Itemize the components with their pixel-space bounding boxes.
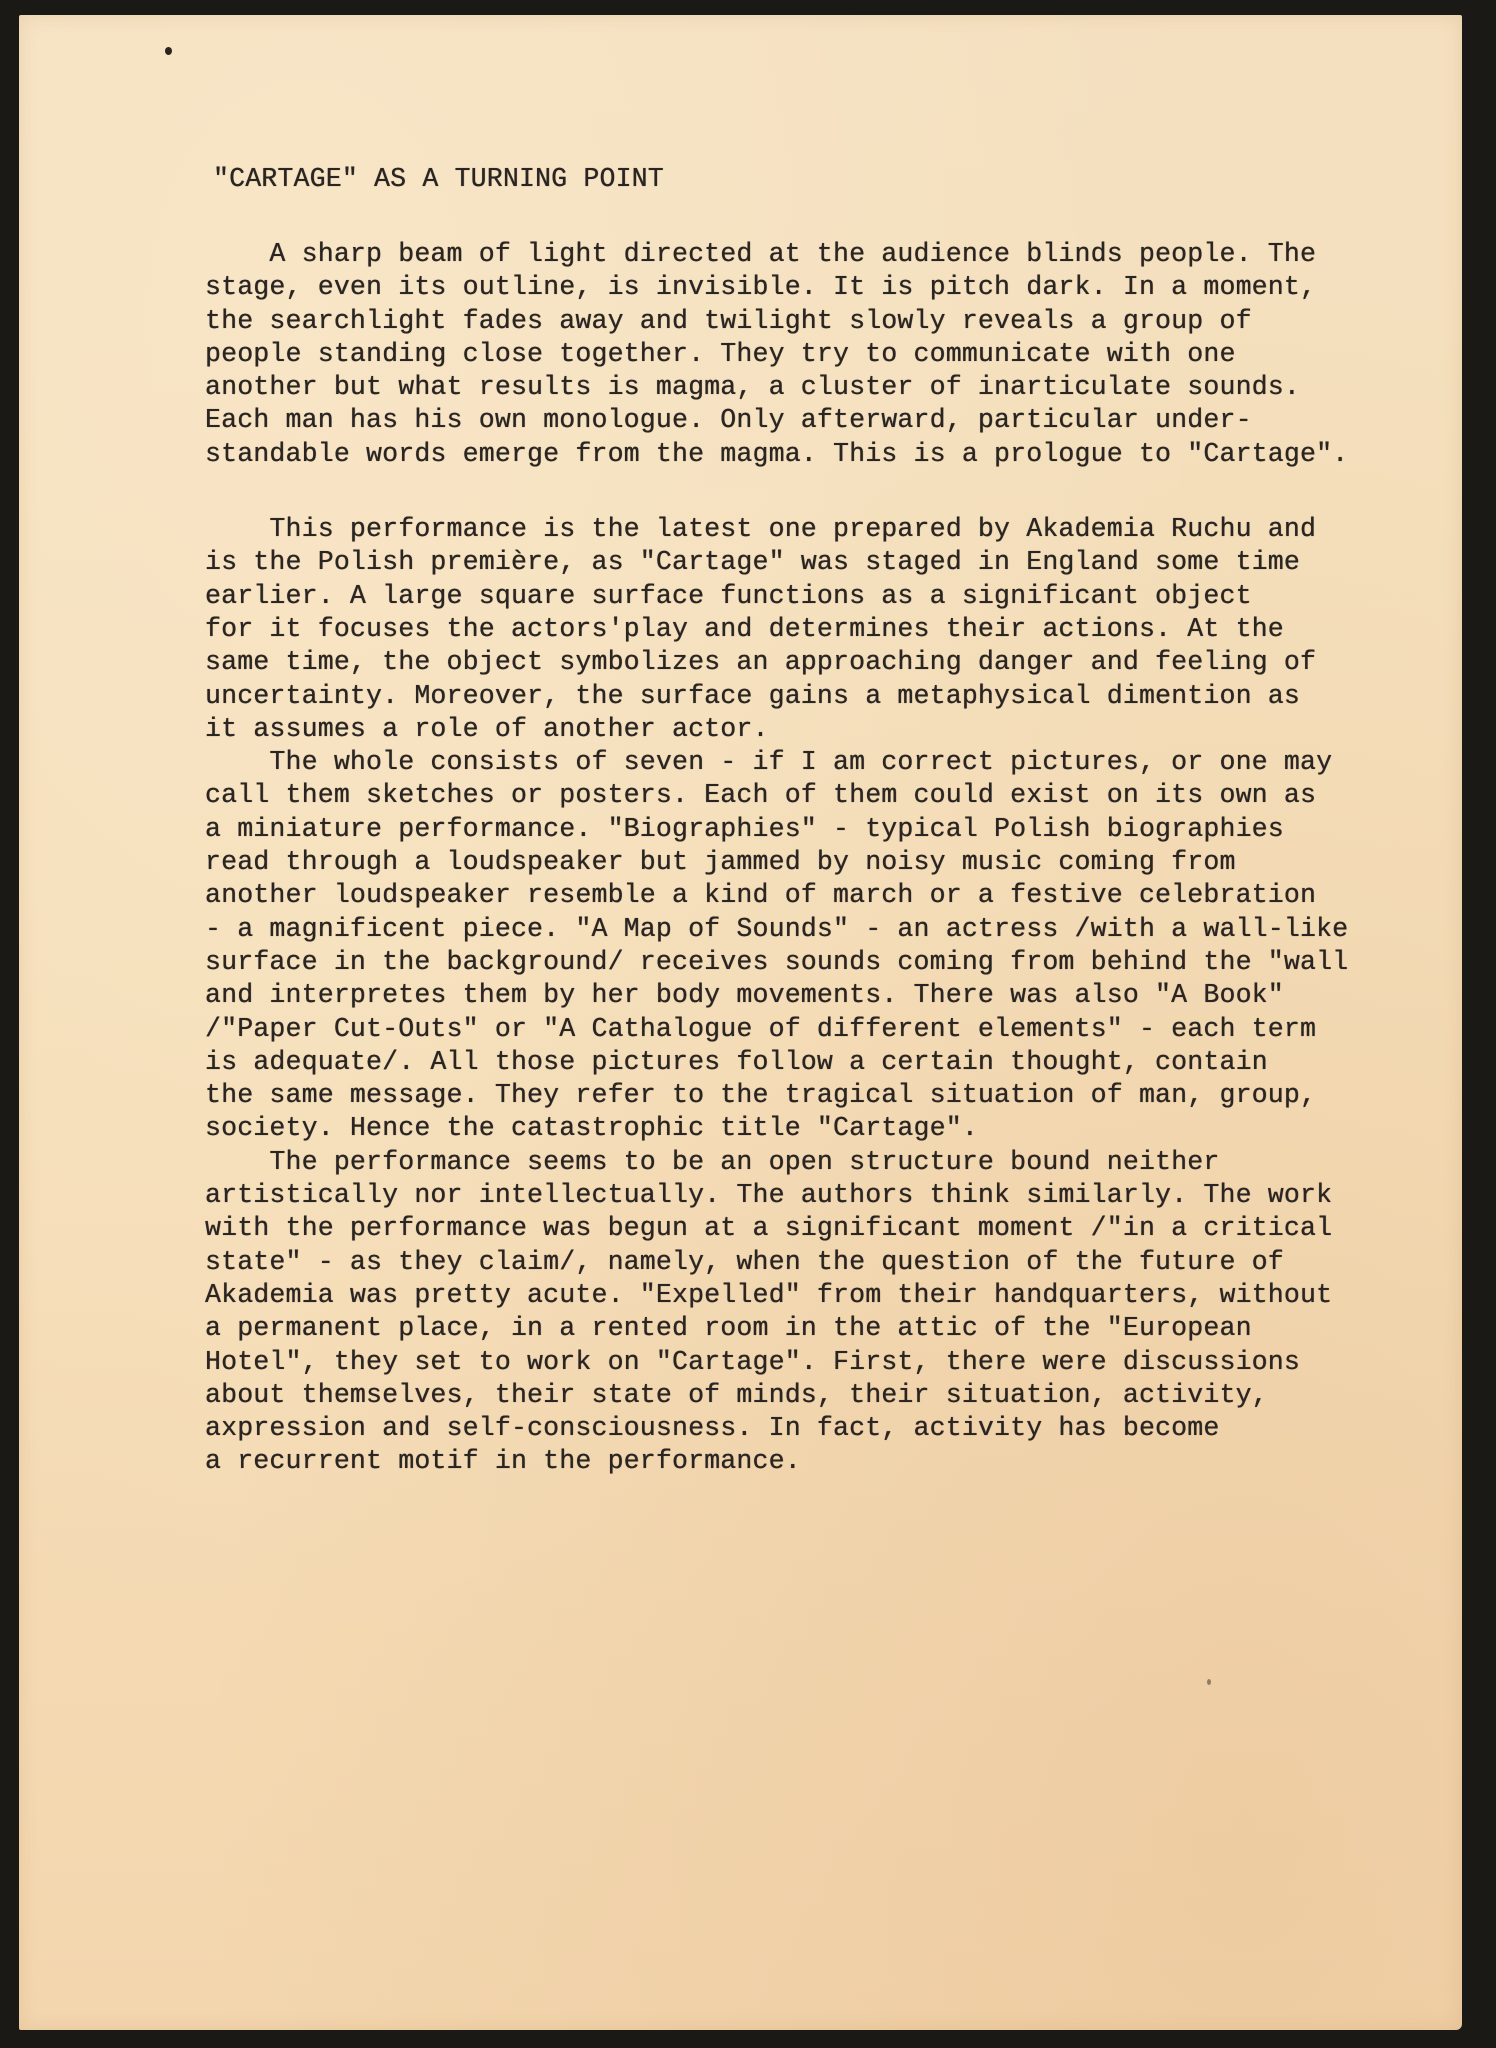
text-line: standable words emerge from the magma. T… bbox=[205, 438, 1465, 471]
text-line: a miniature performance. "Biographies" -… bbox=[205, 813, 1465, 846]
paragraph-3: The whole consists of seven - if I am co… bbox=[205, 746, 1465, 1146]
text-line: earlier. A large square surface function… bbox=[205, 580, 1465, 613]
text-line: the searchlight fades away and twilight … bbox=[205, 305, 1465, 338]
paper-mark bbox=[1207, 1679, 1211, 1685]
text-line: This performance is the latest one prepa… bbox=[205, 513, 1465, 546]
text-line: axpression and self-consciousness. In fa… bbox=[205, 1412, 1465, 1445]
paragraph-2: This performance is the latest one prepa… bbox=[205, 513, 1465, 746]
document-body: A sharp beam of light directed at the au… bbox=[205, 238, 1465, 1479]
text-line: surface in the background/ receives soun… bbox=[205, 946, 1465, 979]
document-title: "CARTAGE" AS A TURNING POINT bbox=[213, 164, 664, 194]
text-line: Akademia was pretty acute. "Expelled" fr… bbox=[205, 1279, 1465, 1312]
text-line: and interpretes them by her body movemen… bbox=[205, 979, 1465, 1012]
scanned-page: "CARTAGE" AS A TURNING POINT A sharp bea… bbox=[0, 0, 1496, 2048]
text-line: is the Polish première, as "Cartage" was… bbox=[205, 546, 1465, 579]
text-line: people standing close together. They try… bbox=[205, 338, 1465, 371]
text-line: artistically nor intellectually. The aut… bbox=[205, 1179, 1465, 1212]
text-line: a permanent place, in a rented room in t… bbox=[205, 1312, 1465, 1345]
text-line: state" - as they claim/, namely, when th… bbox=[205, 1246, 1465, 1279]
text-line: - a magnificent piece. "A Map of Sounds"… bbox=[205, 913, 1465, 946]
text-line: call them sketches or posters. Each of t… bbox=[205, 779, 1465, 812]
text-line: about themselves, their state of minds, … bbox=[205, 1379, 1465, 1412]
paragraph-1: A sharp beam of light directed at the au… bbox=[205, 238, 1465, 471]
text-line: Each man has his own monologue. Only aft… bbox=[205, 404, 1465, 437]
text-line: The whole consists of seven - if I am co… bbox=[205, 746, 1465, 779]
text-line: for it focuses the actors'play and deter… bbox=[205, 613, 1465, 646]
text-line: with the performance was begun at a sign… bbox=[205, 1212, 1465, 1245]
text-line: /"Paper Cut-Outs" or "A Cathalogue of di… bbox=[205, 1013, 1465, 1046]
text-line: a recurrent motif in the performance. bbox=[205, 1445, 1465, 1478]
text-line: same time, the object symbolizes an appr… bbox=[205, 646, 1465, 679]
text-line: read through a loudspeaker but jammed by… bbox=[205, 846, 1465, 879]
text-line: uncertainty. Moreover, the surface gains… bbox=[205, 680, 1465, 713]
paragraph-gap bbox=[205, 471, 1465, 513]
text-line: the same message. They refer to the trag… bbox=[205, 1079, 1465, 1112]
ink-speck bbox=[165, 47, 172, 55]
text-line: another but what results is magma, a clu… bbox=[205, 371, 1465, 404]
text-line: it assumes a role of another actor. bbox=[205, 713, 1465, 746]
text-line: The performance seems to be an open stru… bbox=[205, 1146, 1465, 1179]
text-line: A sharp beam of light directed at the au… bbox=[205, 238, 1465, 271]
text-line: another loudspeaker resemble a kind of m… bbox=[205, 879, 1465, 912]
paragraph-4: The performance seems to be an open stru… bbox=[205, 1146, 1465, 1479]
text-line: is adequate/. All those pictures follow … bbox=[205, 1046, 1465, 1079]
text-line: society. Hence the catastrophic title "C… bbox=[205, 1112, 1465, 1145]
text-line: stage, even its outline, is invisible. I… bbox=[205, 271, 1465, 304]
text-line: Hotel", they set to work on "Cartage". F… bbox=[205, 1346, 1465, 1379]
